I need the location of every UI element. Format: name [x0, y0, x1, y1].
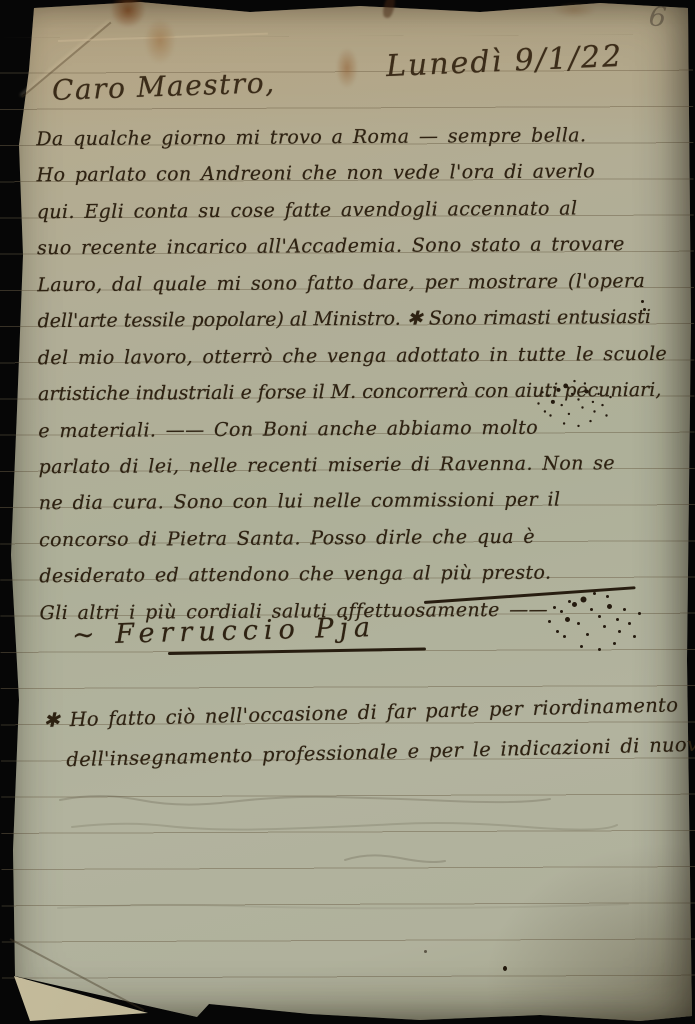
- body-line: dell'arte tessile popolare) al Ministro.…: [37, 306, 673, 347]
- body-line: desiderato ed attendono che venga al più…: [39, 561, 675, 602]
- body-line: artistiche industriali e forse il M. con…: [38, 379, 674, 420]
- footnote: ✱ Ho fatto ciò nell'occasione di far par…: [43, 691, 695, 789]
- body-line: del mio lavoro, otterrò che venga adotta…: [38, 342, 674, 383]
- body-line: suo recente incarico all'Accademia. Sono…: [37, 233, 673, 274]
- body-line: concorso di Pietra Santa. Posso dirle ch…: [39, 525, 675, 566]
- photo-background: 6 Lunedì 9/1/22 Caro Maestro, Da qualche…: [0, 0, 695, 1024]
- body-line: Ho parlato con Andreoni che non vede l'o…: [36, 160, 672, 201]
- body-line: parlato di lei, nelle recenti miserie di…: [39, 452, 675, 493]
- body-line: qui. Egli conta su cose fatte avendogli …: [37, 197, 673, 238]
- page-number: 6: [647, 1, 667, 34]
- body-line: ne dia cura. Sono con lui nelle commissi…: [39, 488, 675, 529]
- body-line: Da qualche giorno mi trovo a Roma — semp…: [36, 124, 672, 165]
- body-line: Lauro, dal quale mi sono fatto dare, per…: [37, 270, 673, 311]
- letter-body: Da qualche giorno mi trovo a Roma — semp…: [36, 124, 676, 639]
- body-line: e materiali. —— Con Boni anche abbiamo m…: [38, 415, 674, 456]
